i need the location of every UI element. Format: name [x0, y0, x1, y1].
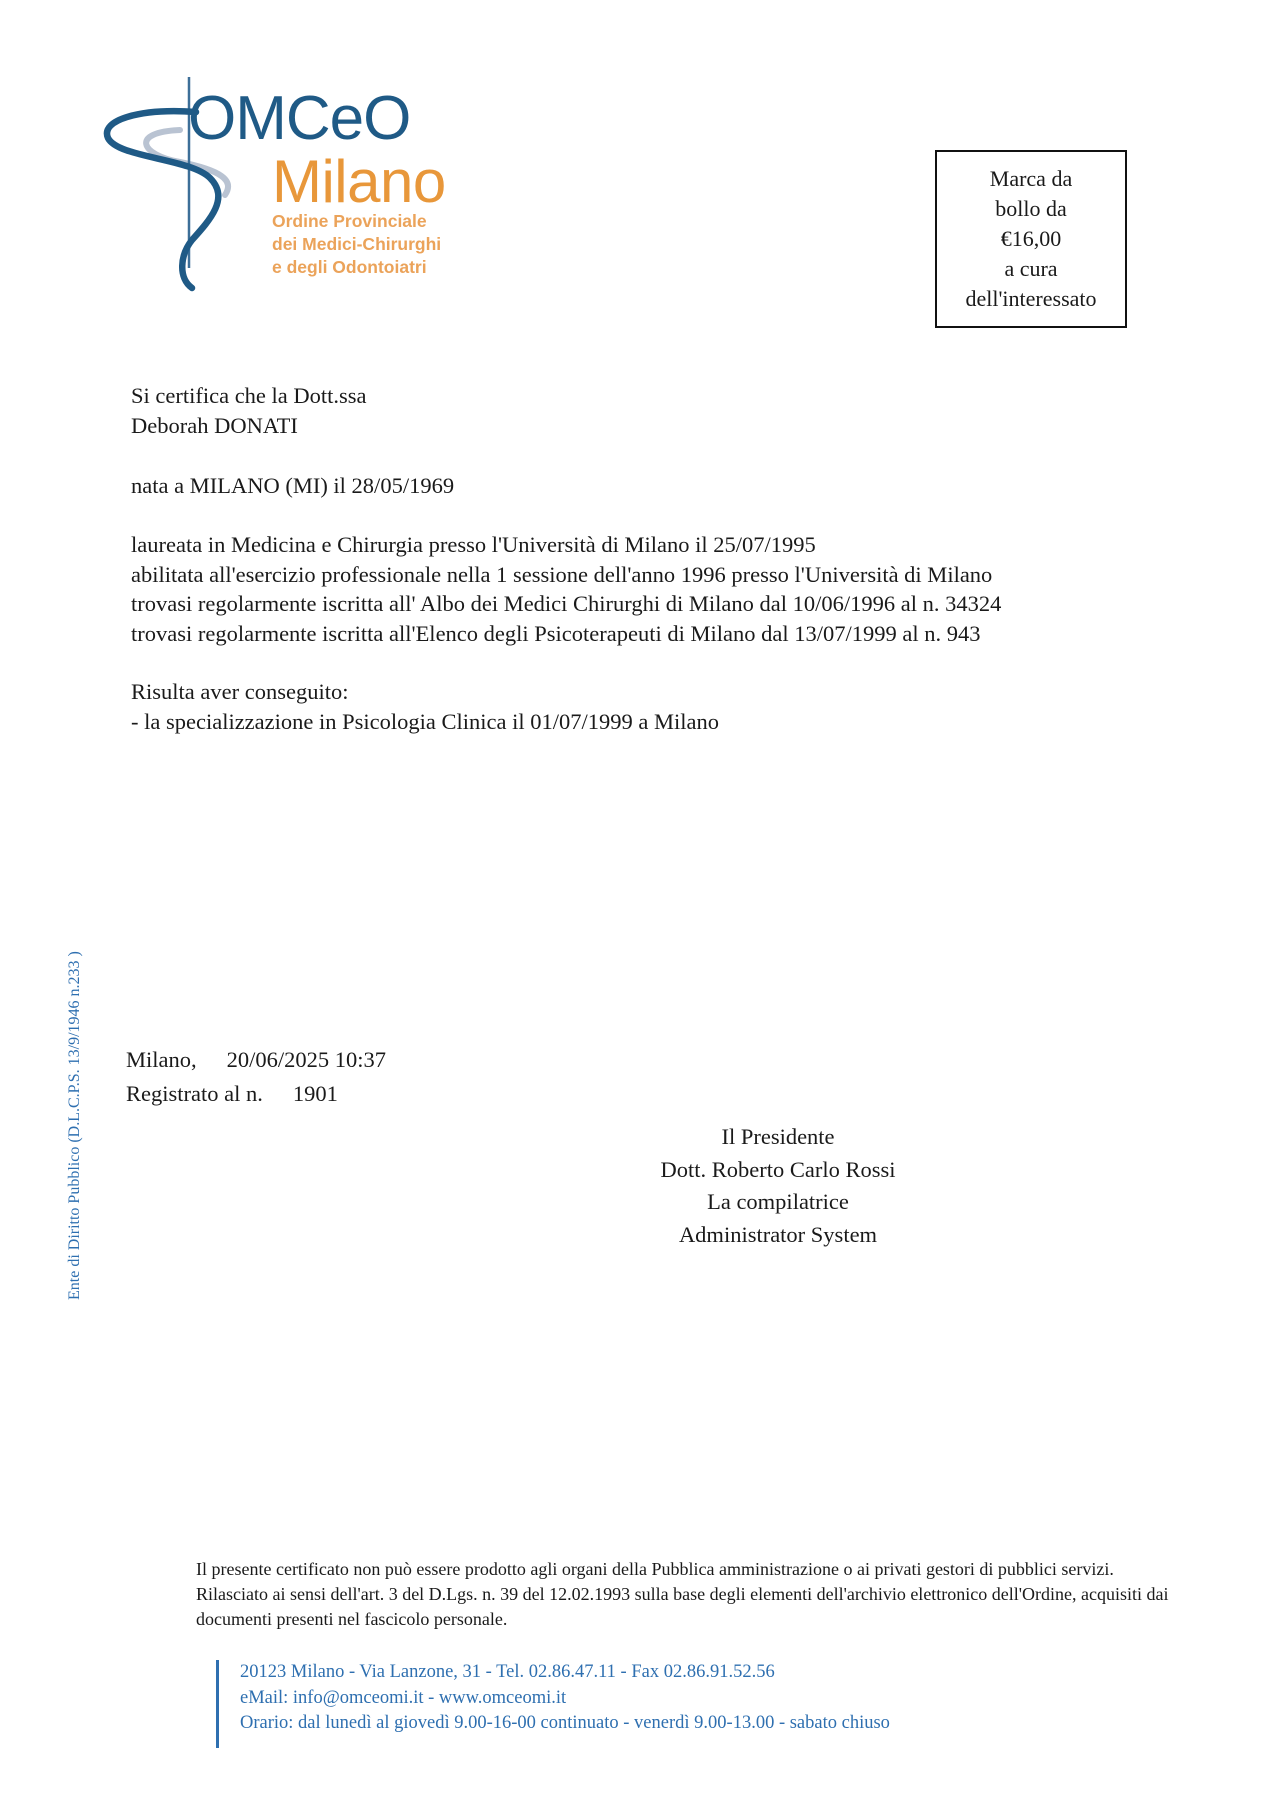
stamp-line: Marca da: [990, 164, 1072, 194]
signature-role: Il Presidente: [578, 1121, 978, 1154]
issue-datetime: 20/06/2025 10:37: [227, 1047, 386, 1072]
signature-name: Administrator System: [578, 1219, 978, 1252]
certificate-intro: Si certifica che la Dott.ssa Deborah DON…: [131, 381, 367, 440]
doctor-name: Deborah DONATI: [131, 411, 367, 441]
stamp-line: bollo da: [995, 194, 1067, 224]
qualification-line: trovasi regolarmente iscritta all'Elenco…: [131, 619, 1001, 649]
registration-label: Registrato al n.: [126, 1081, 263, 1106]
stamp-line: dell'interessato: [965, 284, 1096, 314]
logo-subtitle-line: Ordine Provinciale: [272, 210, 441, 233]
stamp-line: a cura: [1004, 254, 1057, 284]
intro-line: Si certifica che la Dott.ssa: [131, 381, 367, 411]
contact-web[interactable]: eMail: info@omceomi.it - www.omceomi.it: [240, 1686, 890, 1712]
achievements-heading: Risulta aver conseguito:: [131, 677, 719, 707]
revenue-stamp-box: Marca da bollo da €16,00 a cura dell'int…: [935, 150, 1127, 328]
contact-footer: 20123 Milano - Via Lanzone, 31 - Tel. 02…: [216, 1660, 890, 1748]
disclaimer-paragraph: Rilasciato ai sensi dell'art. 3 del D.Lg…: [196, 1582, 1196, 1632]
contact-address: 20123 Milano - Via Lanzone, 31 - Tel. 02…: [240, 1660, 890, 1686]
issue-place: Milano,: [126, 1047, 197, 1072]
signature-block: Il Presidente Dott. Roberto Carlo Rossi …: [578, 1121, 978, 1251]
qualification-line: trovasi regolarmente iscritta all' Albo …: [131, 589, 1001, 619]
achievement-line: - la specializzazione in Psicologia Clin…: [131, 707, 719, 737]
signature-role: La compilatrice: [578, 1186, 978, 1219]
birth-info: nata a MILANO (MI) il 28/05/1969: [131, 471, 454, 501]
qualification-line: laureata in Medicina e Chirurgia presso …: [131, 530, 1001, 560]
issue-info: Milano,20/06/2025 10:37 Registrato al n.…: [126, 1043, 386, 1111]
logo-city-text: Milano: [272, 152, 446, 212]
signature-name: Dott. Roberto Carlo Rossi: [578, 1154, 978, 1187]
stamp-line: €16,00: [1001, 224, 1062, 254]
contact-hours: Orario: dal lunedì al giovedì 9.00-16-00…: [240, 1711, 890, 1737]
issue-place-date: Milano,20/06/2025 10:37: [126, 1043, 386, 1077]
disclaimer: Il presente certificato non può essere p…: [196, 1557, 1196, 1632]
logo-subtitle-line: dei Medici-Chirurghi: [272, 233, 441, 256]
qualifications-list: laureata in Medicina e Chirurgia presso …: [131, 530, 1001, 648]
logo-omceo-text: OMCeO: [188, 88, 410, 150]
qualification-line: abilitata all'esercizio professionale ne…: [131, 560, 1001, 590]
disclaimer-paragraph: Il presente certificato non può essere p…: [196, 1557, 1196, 1582]
logo-subtitle-line: e degli Odontoiatri: [272, 256, 441, 279]
omceo-logo: OMCeO Milano Ordine Provinciale dei Medi…: [100, 70, 500, 300]
registration-number: 1901: [293, 1081, 338, 1106]
logo-subtitle: Ordine Provinciale dei Medici-Chirurghi …: [272, 210, 441, 279]
achievements-section: Risulta aver conseguito: - la specializz…: [131, 677, 719, 736]
registration: Registrato al n.1901: [126, 1077, 386, 1111]
legal-status-note: Ente di Diritto Pubblico (D.L.C.P.S. 13/…: [66, 951, 84, 1300]
